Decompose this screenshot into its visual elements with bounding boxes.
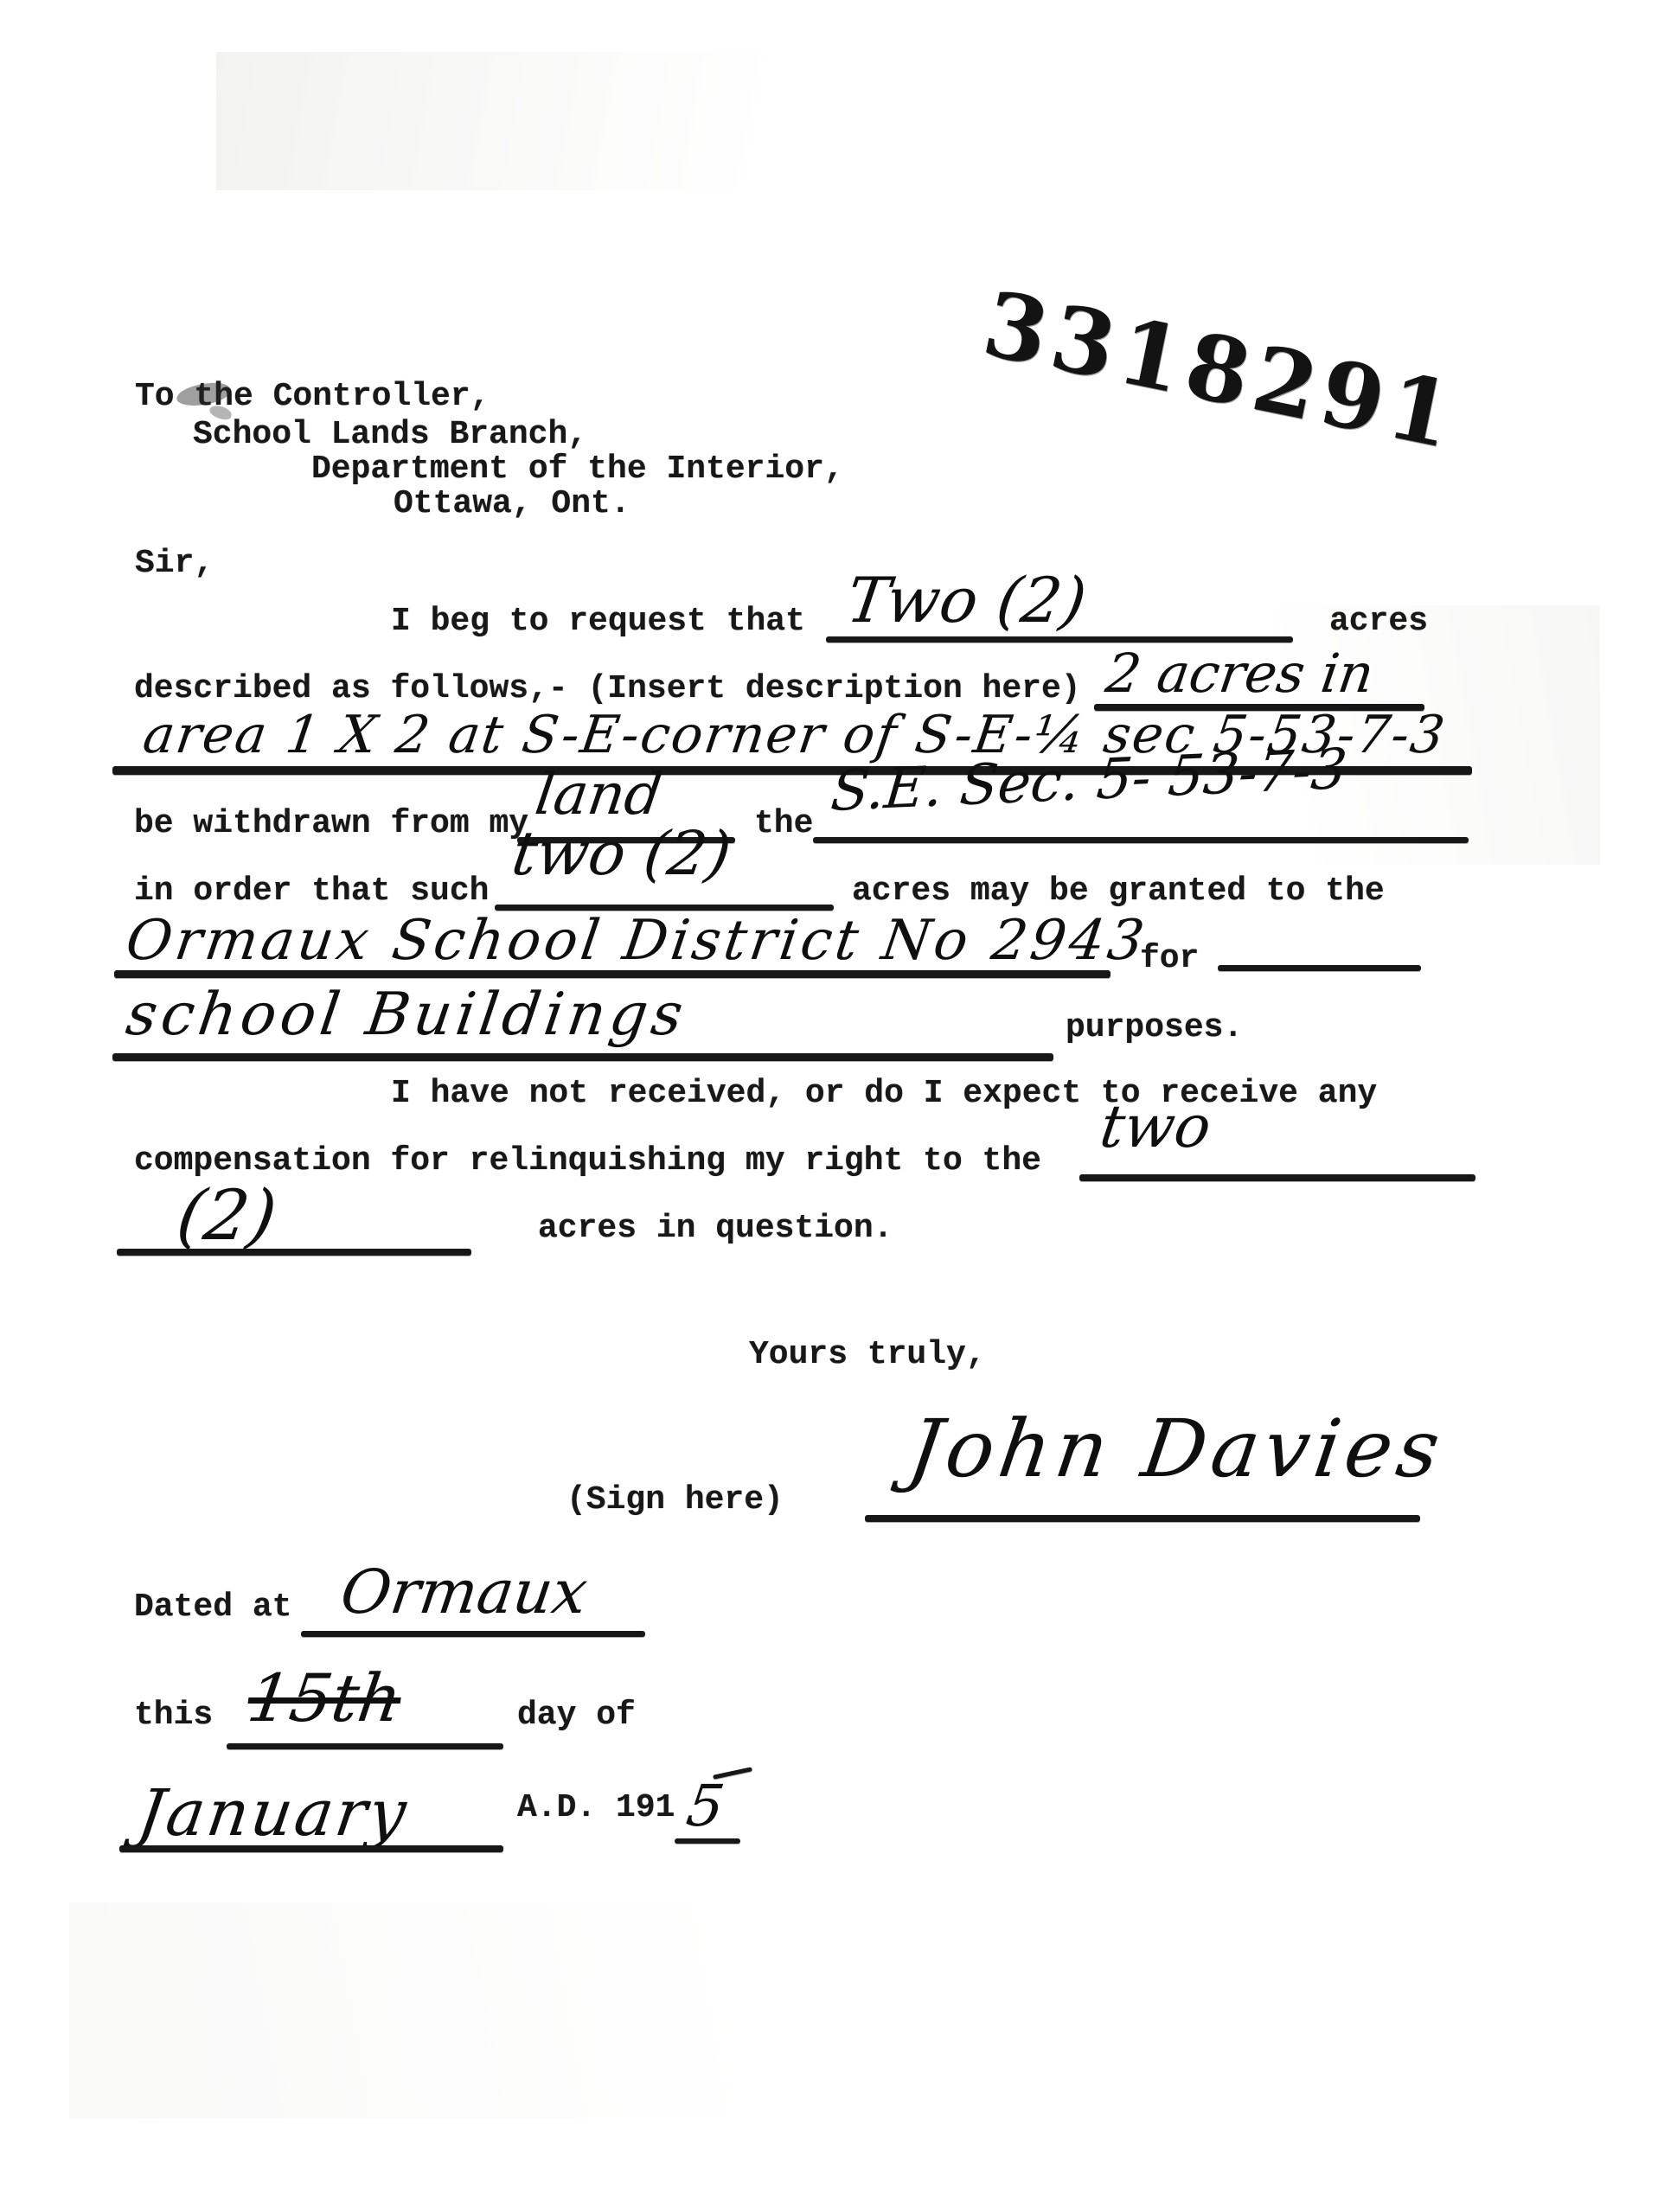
- blank-underline-for: [1218, 965, 1421, 971]
- blank-underline-month: [119, 1845, 503, 1852]
- blank-underline-year: [675, 1838, 740, 1844]
- blank-underline-compword: [1079, 1174, 1475, 1181]
- request-p4-after: acres may be granted to the: [852, 875, 1385, 908]
- fill-year-digit: 5: [683, 1778, 727, 1835]
- fill-compensation-word: two: [1097, 1098, 1214, 1157]
- recipient-line-2: School Lands Branch,: [193, 419, 587, 451]
- request-p1-after: acres: [1329, 605, 1428, 638]
- fill-holding: land: [532, 766, 665, 823]
- compensation-line3: acres in question.: [538, 1212, 893, 1245]
- request-p5: for: [1140, 943, 1199, 975]
- fill-place: Ormaux: [337, 1562, 591, 1622]
- dated-at-label: Dated at: [134, 1591, 291, 1624]
- fill-district: Ormaux School District No 2943: [123, 913, 1150, 969]
- blank-underline-place: [301, 1631, 645, 1637]
- fill-day: 15th: [244, 1665, 406, 1731]
- fill-quantity2: two (2): [509, 823, 734, 884]
- salutation: Sir,: [135, 547, 214, 580]
- signature: John Davies: [904, 1410, 1450, 1489]
- compensation-line2: compensation for relinquishing my right …: [134, 1145, 1041, 1178]
- blank-underline-location: [813, 837, 1469, 843]
- sign-here-label: (Sign here): [566, 1484, 784, 1517]
- blank-underline-purpose: [112, 1053, 1053, 1061]
- signature-underline: [865, 1515, 1420, 1522]
- request-p3-mid: the: [754, 808, 813, 841]
- valediction: Yours truly,: [749, 1339, 986, 1371]
- compensation-line1: I have not received, or do I expect to r…: [391, 1077, 1377, 1110]
- fill-compensation-number: (2): [173, 1181, 281, 1250]
- scanned-form-letter: 3318291 To the Controller, School Lands …: [0, 0, 1677, 2212]
- fill-month: January: [134, 1781, 413, 1845]
- recipient-line-3: Department of the Interior,: [311, 453, 844, 486]
- fill-quantity: Two (2): [843, 569, 1090, 631]
- request-p5-after: purposes.: [1066, 1012, 1243, 1045]
- request-p1: I beg to request that: [391, 605, 805, 638]
- blank-underline-day: [227, 1743, 503, 1749]
- scan-shade-bottom: [69, 1902, 1107, 2119]
- scan-shade-top: [216, 52, 995, 190]
- this-label: this: [134, 1699, 213, 1732]
- blank-underline-district: [114, 970, 1111, 978]
- fill-description-start: 2 acres in: [1103, 647, 1377, 700]
- request-p4: in order that such: [134, 875, 489, 908]
- request-p2: described as follows,- (Insert descripti…: [134, 673, 1081, 706]
- blank-underline-compnumber: [117, 1249, 471, 1256]
- recipient-line-4: Ottawa, Ont.: [394, 488, 630, 521]
- year-prefix: A.D. 191: [517, 1792, 675, 1825]
- year-digit-flourish: [713, 1767, 752, 1779]
- stamp-number: 3318291: [976, 278, 1465, 463]
- day-of-label: day of: [517, 1699, 636, 1732]
- request-p3: be withdrawn from my: [134, 808, 528, 841]
- fill-purpose: school Buildings: [123, 986, 690, 1045]
